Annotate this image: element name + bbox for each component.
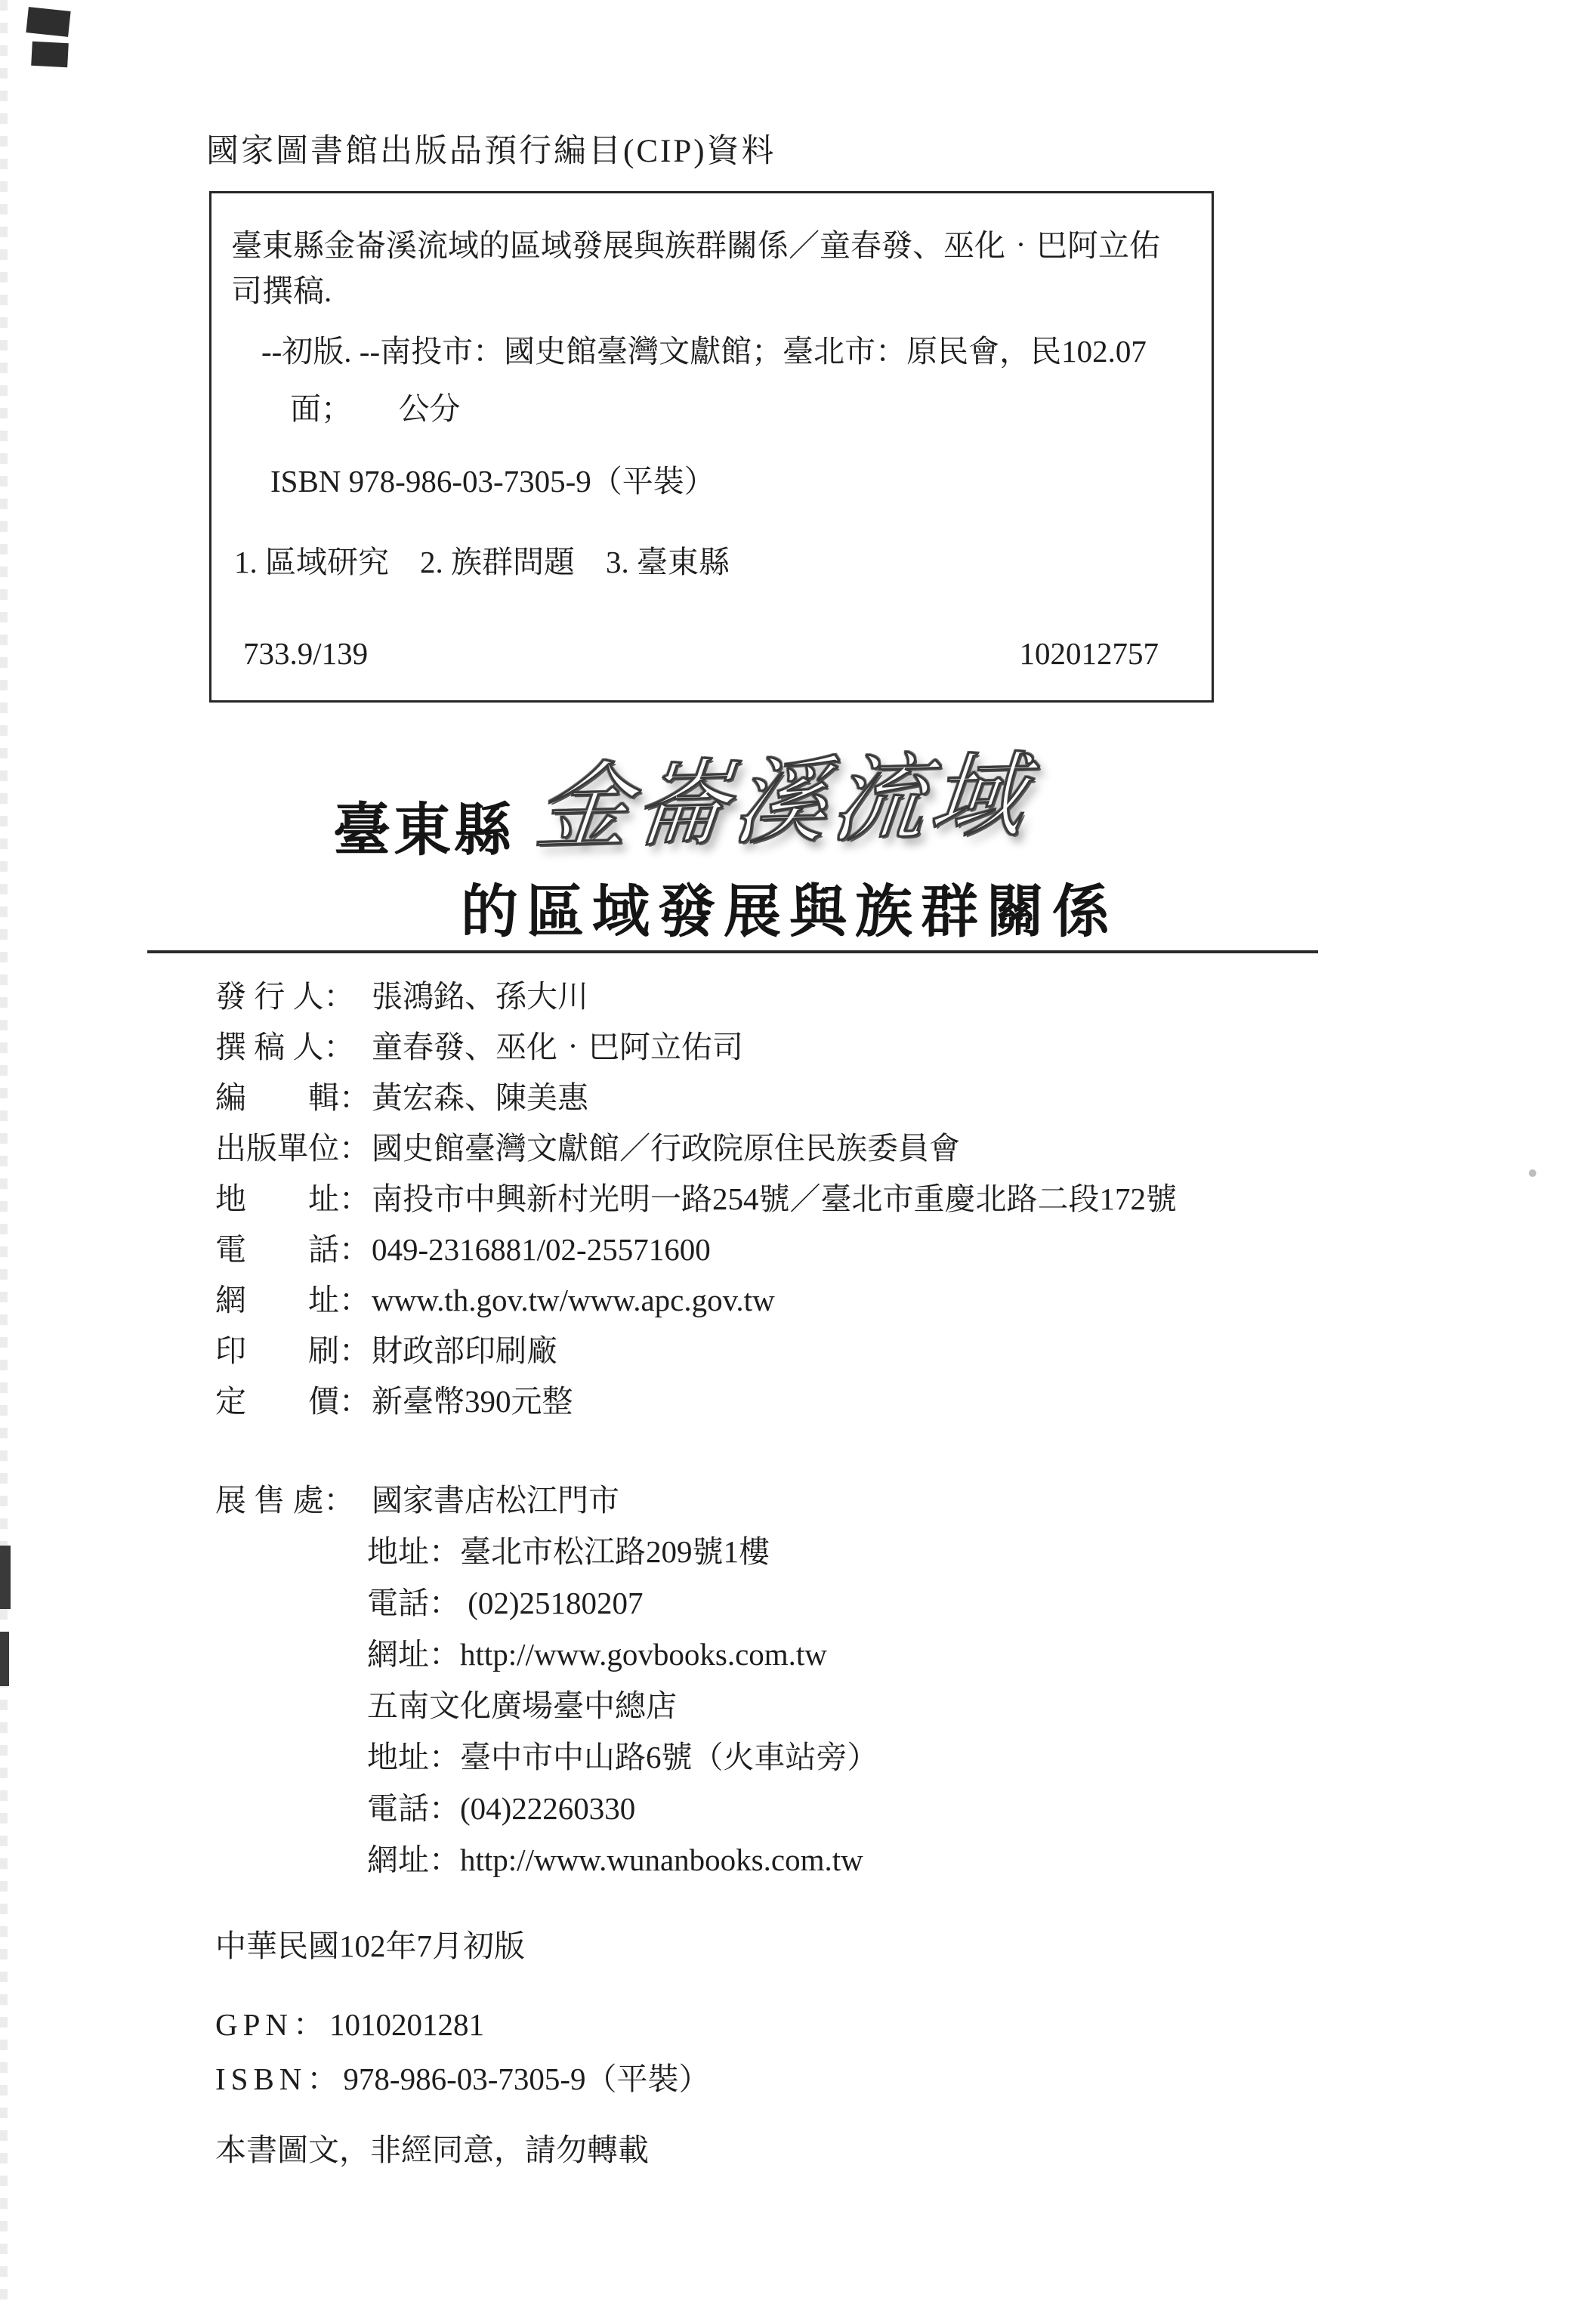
- cip-numbers-row: 733.9/139 102012757: [243, 635, 1159, 672]
- isbn-row: ISBN：978-986-03-7305-9（平裝）: [215, 2053, 710, 2105]
- cip-edition-line: --初版. --南投市：國史館臺灣文獻館；臺北市：原民會，民102.07: [261, 326, 1147, 371]
- colophon-row-author: 撰 稿 人： 童春發、巫化‧巴阿立佑司: [215, 1022, 1177, 1073]
- row-label: 發 行 人：: [215, 971, 372, 1022]
- colophon-row-phone: 電 話： 049-2316881/02-25571600: [215, 1225, 1177, 1275]
- row-value: 財政部印刷廠: [372, 1326, 557, 1376]
- row-value: 童春發、巫化‧巴阿立佑司: [372, 1022, 743, 1073]
- book-title-prefix: 臺東縣: [333, 784, 514, 866]
- cip-header: 國家圖書館出版品預行編目(CIP)資料: [206, 125, 776, 171]
- sales-locations-block: 展 售 處： 國家書店松江門市 地址：臺北市松江路209號1樓 電話： (02)…: [215, 1475, 878, 1886]
- store2-name: 五南文化廣場臺中總店: [215, 1680, 878, 1731]
- scan-artifact-left-edge-1: [0, 1546, 11, 1609]
- cip-class-number: 733.9/139: [243, 635, 368, 672]
- gpn-value: 1010201281: [329, 2007, 484, 2042]
- sales-label: 展 售 處：: [215, 1475, 372, 1526]
- isbn-value: 978-986-03-7305-9（平裝）: [343, 2062, 709, 2096]
- copyright-note: 本書圖文，非經同意，請勿轉載: [215, 2124, 649, 2176]
- book-title-calligraphy: 金崙溪流域: [530, 721, 1036, 868]
- row-label: 網 址：: [215, 1275, 372, 1326]
- store1-address: 地址：臺北市松江路209號1樓: [215, 1526, 878, 1577]
- cip-format-line: 面； 公分: [290, 384, 461, 428]
- colophon-row-editor: 編 輯： 黃宏森、陳美惠: [215, 1073, 1177, 1123]
- row-label: 編 輯：: [215, 1073, 372, 1123]
- store2-address: 地址：臺中市中山路6號（火車站旁）: [215, 1731, 878, 1783]
- scan-artifact-dot: [1529, 1169, 1536, 1177]
- colophon-row-printer: 印 刷： 財政部印刷廠: [215, 1326, 1177, 1376]
- cip-subjects-line: 1. 區域研究 2. 族群問題 3. 臺東縣: [234, 537, 730, 582]
- row-value: 南投市中興新村光明一路254號／臺北市重慶北路二段172號: [372, 1174, 1177, 1225]
- sales-row-store1: 展 售 處： 國家書店松江門市: [215, 1475, 878, 1526]
- row-value: 黃宏森、陳美惠: [372, 1073, 588, 1123]
- store2-website: 網址：http://www.wunanbooks.com.tw: [215, 1834, 878, 1886]
- store1-phone: 電話： (02)25180207: [215, 1577, 878, 1629]
- row-label: 地 址：: [215, 1174, 372, 1225]
- isbn-label: ISBN：: [215, 2062, 343, 2096]
- row-value: www.th.gov.tw/www.apc.gov.tw: [372, 1275, 775, 1326]
- row-label: 出版單位：: [215, 1123, 372, 1174]
- edition-note: 中華民國102年7月初版: [215, 1920, 525, 1972]
- row-value: 新臺幣390元整: [372, 1376, 573, 1427]
- row-label: 定 價：: [215, 1376, 372, 1427]
- row-value: 049-2316881/02-25571600: [372, 1225, 711, 1275]
- colophon-row-publisher: 發 行 人： 張鴻銘、孫大川: [215, 971, 1177, 1022]
- colophon-info-list: 發 行 人： 張鴻銘、孫大川 撰 稿 人： 童春發、巫化‧巴阿立佑司 編 輯： …: [215, 971, 1177, 1427]
- colophon-page: 國家圖書館出版品預行編目(CIP)資料 臺東縣金崙溪流域的區域發展與族群關係／童…: [0, 0, 1596, 2304]
- scan-artifact-left-edge-2: [0, 1632, 9, 1686]
- gpn-label: GPN：: [215, 2007, 329, 2042]
- row-label: 印 刷：: [215, 1326, 372, 1376]
- cip-title-line2: 司撰稿.: [231, 266, 332, 310]
- cip-record-number: 102012757: [1020, 635, 1159, 672]
- gpn-row: GPN：1010201281: [215, 1999, 484, 2050]
- scan-artifact-top-left-2: [31, 42, 69, 67]
- scan-artifact-top-left-1: [26, 7, 70, 37]
- colophon-row-address: 地 址： 南投市中興新村光明一路254號／臺北市重慶北路二段172號: [215, 1174, 1177, 1225]
- cip-isbn-line: ISBN 978-986-03-7305-9（平裝）: [270, 456, 715, 501]
- row-label: 電 話：: [215, 1225, 372, 1275]
- colophon-row-publishing-unit: 出版單位： 國史館臺灣文獻館／行政院原住民族委員會: [215, 1123, 1177, 1174]
- cip-title-line1: 臺東縣金崙溪流域的區域發展與族群關係／童春發、巫化‧巴阿立佑: [231, 221, 1160, 265]
- scan-edge-texture: [0, 0, 8, 2304]
- colophon-row-website: 網 址： www.th.gov.tw/www.apc.gov.tw: [215, 1275, 1177, 1326]
- row-value: 張鴻銘、孫大川: [372, 971, 588, 1022]
- book-title-line2: 的區域發展與族群關係: [461, 866, 1118, 948]
- cip-data-box: 臺東縣金崙溪流域的區域發展與族群關係／童春發、巫化‧巴阿立佑 司撰稿. --初版…: [209, 191, 1214, 703]
- colophon-row-price: 定 價： 新臺幣390元整: [215, 1376, 1177, 1427]
- store2-phone: 電話：(04)22260330: [215, 1783, 878, 1834]
- store1-website: 網址：http://www.govbooks.com.tw: [215, 1629, 878, 1680]
- row-label: 撰 稿 人：: [215, 1022, 372, 1073]
- title-divider-rule: [147, 950, 1318, 953]
- row-value: 國史館臺灣文獻館／行政院原住民族委員會: [372, 1123, 960, 1174]
- store1-name: 國家書店松江門市: [372, 1475, 619, 1526]
